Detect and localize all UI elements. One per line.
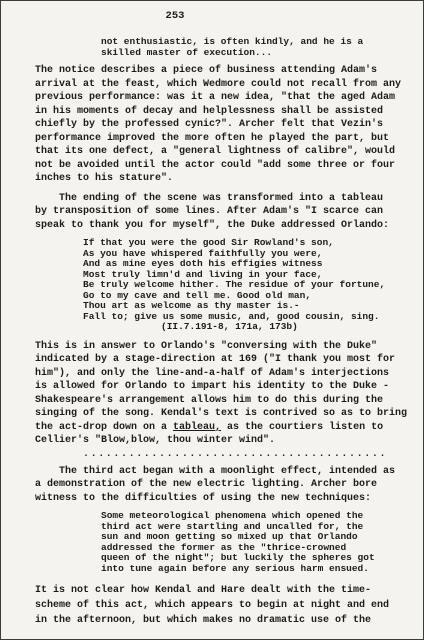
scanned-typescript-page: 253 not enthusiastic, is often kindly, a… — [0, 0, 424, 640]
paragraph-time-scheme: It is not clear how Kendal and Hare deal… — [35, 583, 405, 628]
paragraph-notice-adam-arrival: The notice describes a piece of business… — [35, 64, 405, 186]
blockquote-meteorological-phenomena: Some meteorological phenomena which open… — [101, 511, 405, 574]
page-number: 253 — [35, 11, 315, 22]
underlined-word-tableau: tableau, — [173, 422, 221, 433]
dotted-separator: ........................................ — [83, 450, 405, 460]
paragraph-scene-ending-tableau: The ending of the scene was transformed … — [35, 192, 405, 233]
line-citation: (II.7.191-8, 171a, 173b) — [161, 322, 405, 333]
opening-quote-execution: not enthusiastic, is often kindly, and h… — [101, 37, 405, 58]
answer-text-before-underline: This is in answer to Orlando's "conversi… — [35, 341, 407, 433]
paragraph-answer-to-orlando: This is in answer to Orlando's "conversi… — [35, 340, 405, 448]
paragraph-third-act-moonlight: The third act began with a moonlight eff… — [35, 465, 405, 506]
verse-quote-duke-to-orlando: If that you were the good Sir Rowland's … — [83, 238, 405, 322]
